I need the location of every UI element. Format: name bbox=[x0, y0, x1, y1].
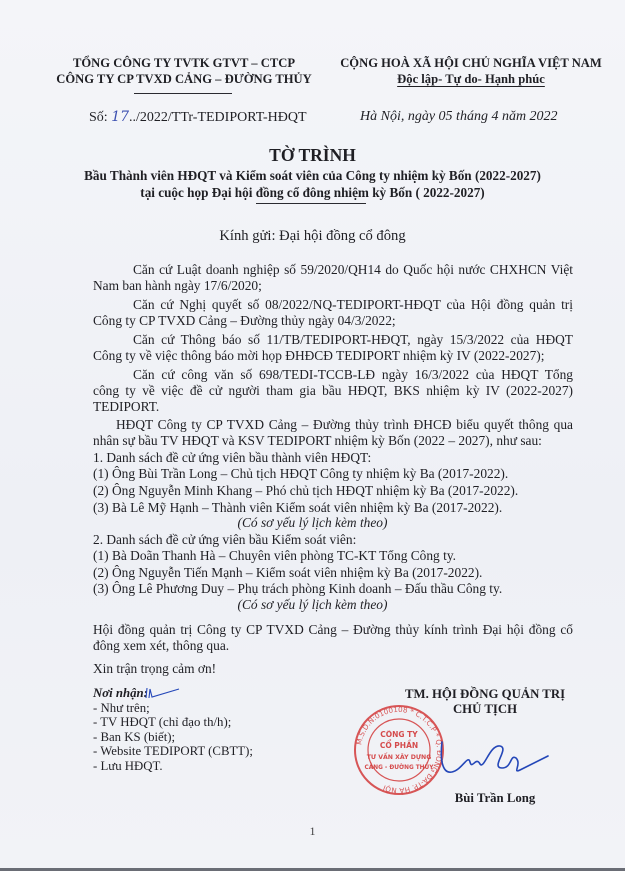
signature bbox=[440, 734, 550, 784]
section-1-heading: 1. Danh sách đề cử ứng viên bầu thành vi… bbox=[93, 449, 371, 466]
addressee: Kính gửi: Đại hội đồng cổ đông bbox=[0, 228, 625, 245]
company-seal: M.S.D.N:0100108 * C.T.C.P * Q. ĐỐNG ĐA-T… bbox=[353, 704, 445, 796]
handwritten-initials bbox=[143, 686, 183, 700]
closing-line1: Hội đồng quản trị Công ty CP TVXD Cảng –… bbox=[93, 621, 573, 638]
country-name: CỘNG HOÀ XÃ HỘI CHỦ NGHĨA VIỆT NAM bbox=[330, 55, 612, 71]
issuer-divider bbox=[134, 93, 232, 94]
section-2-item: (3) Ông Lê Phương Duy – Phụ trách phòng … bbox=[93, 580, 502, 597]
intro-line2: nhân sự bầu TV HĐQT và KSV TEDIPORT nhiệ… bbox=[93, 432, 542, 449]
signatory-organization: TM. HỘI ĐỒNG QUẢN TRỊ bbox=[340, 687, 625, 702]
signatory-name: Bùi Trần Long bbox=[370, 791, 620, 806]
section-2-heading: 2. Danh sách đề cử ứng viên bầu Kiểm soá… bbox=[93, 531, 356, 548]
ground-3-line1: Căn cứ Thông báo số 11/TB/TEDIPORT-HĐQT,… bbox=[133, 331, 573, 348]
ground-1-line2: Nam ban hành ngày 17/6/2020; bbox=[93, 277, 262, 294]
document-subtitle-line2: tại cuộc họp Đại hội đồng cổ đông nhiệm … bbox=[0, 185, 625, 201]
national-header: CỘNG HOÀ XÃ HỘI CHỦ NGHĨA VIỆT NAM Độc l… bbox=[330, 55, 612, 87]
page-number: 1 bbox=[0, 824, 625, 839]
section-1-note: (Có sơ yếu lý lịch kèm theo) bbox=[0, 515, 625, 531]
section-2-note: (Có sơ yếu lý lịch kèm theo) bbox=[0, 597, 625, 613]
recipients-label: Nơi nhận bbox=[93, 686, 144, 700]
document-date: Hà Nội, ngày 05 tháng 4 năm 2022 bbox=[360, 109, 558, 125]
document-title: TỜ TRÌNH bbox=[0, 145, 625, 166]
handwritten-number: 17 bbox=[111, 109, 129, 125]
ground-2-line1: Căn cứ Nghị quyết số 08/2022/NQ-TEDIPORT… bbox=[133, 296, 573, 313]
document-page: TỔNG CÔNG TY TVTK GTVT – CTCP CÔNG TY CP… bbox=[0, 0, 625, 871]
svg-text:CÔNG TY: CÔNG TY bbox=[380, 730, 418, 739]
parent-company: TỔNG CÔNG TY TVTK GTVT – CTCP bbox=[52, 55, 316, 71]
ground-4-line1: Căn cứ công văn số 698/TEDI-TCCB-LĐ ngày… bbox=[133, 366, 573, 383]
ground-1-line1: Căn cứ Luật doanh nghiệp số 59/2020/QH14… bbox=[133, 261, 573, 278]
recipient-item: - Như trên; bbox=[93, 701, 253, 716]
document-reference: Số: 17../2022/TTr-TEDIPORT-HĐQT bbox=[89, 109, 307, 126]
document-subtitle-line1: Bầu Thành viên HĐQT và Kiểm soát viên củ… bbox=[0, 168, 625, 184]
section-1-item: (3) Bà Lê Mỹ Hạnh – Thành viên Kiểm soát… bbox=[93, 499, 502, 516]
title-divider bbox=[256, 203, 366, 204]
issuer-header: TỔNG CÔNG TY TVTK GTVT – CTCP CÔNG TY CP… bbox=[52, 55, 316, 87]
svg-text:TƯ VẤN XÂY DỰNG: TƯ VẤN XÂY DỰNG bbox=[367, 751, 432, 761]
national-motto: Độc lập- Tự do- Hạnh phúc bbox=[330, 71, 612, 87]
company-name: CÔNG TY CP TVXD CẢNG – ĐƯỜNG THỦY bbox=[52, 71, 316, 87]
ground-4-line2: công ty về việc đề cử người tham gia bầu… bbox=[93, 382, 573, 399]
thanks-line: Xin trận trọng cảm ơn! bbox=[93, 660, 216, 677]
recipient-item: - Lưu HĐQT. bbox=[93, 759, 253, 774]
closing-line2: đông xem xét, thông qua. bbox=[93, 637, 229, 654]
recipient-item: - TV HĐQT (chỉ đạo th/h); bbox=[93, 715, 253, 730]
intro-line1: HĐQT Công ty CP TVXD Cảng – Đường thủy t… bbox=[116, 416, 573, 433]
svg-text:CỔ PHẦN: CỔ PHẦN bbox=[380, 740, 418, 750]
section-1-item: (2) Ông Nguyễn Minh Khang – Phó chủ tịch… bbox=[93, 482, 518, 499]
ground-2-line2: Công ty CP TVXD Cảng – Đường thủy ngày 0… bbox=[93, 312, 396, 329]
ground-3-line2: Công ty về việc thông báo mời họp ĐHĐCĐ … bbox=[93, 347, 544, 364]
section-1-item: (1) Ông Bùi Trần Long – Chủ tịch HĐQT Cô… bbox=[93, 465, 508, 482]
recipient-item: - Website TEDIPORT (CBTT); bbox=[93, 744, 253, 759]
section-2-item: (1) Bà Doãn Thanh Hà – Chuyên viên phòng… bbox=[93, 547, 456, 564]
section-2-item: (2) Ông Nguyễn Tiến Mạnh – Kiểm soát viê… bbox=[93, 564, 482, 581]
ground-4-line3: TEDIPORT. bbox=[93, 398, 159, 415]
svg-text:CẢNG - ĐƯỜNG THỦY: CẢNG - ĐƯỜNG THỦY bbox=[365, 763, 435, 771]
recipient-item: - Ban KS (biết); bbox=[93, 730, 253, 745]
